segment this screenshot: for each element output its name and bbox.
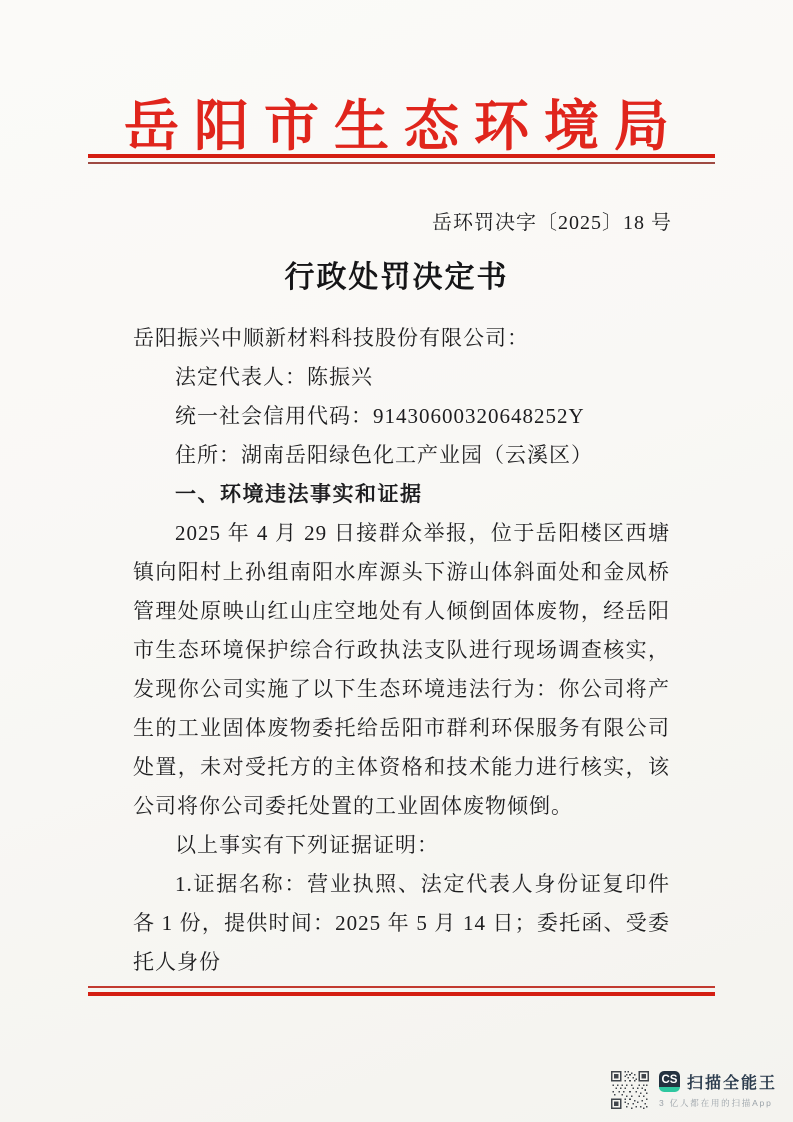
footer-rule <box>88 986 715 996</box>
footer-rule-thick-line <box>88 992 715 996</box>
document-title: 行政处罚决定书 <box>0 252 793 296</box>
scanner-app-tagline: 3 亿人都在用的扫描App <box>659 1097 777 1109</box>
qr-finder-top-left <box>611 1071 622 1082</box>
scanner-watermark: CS 扫描全能王 3 亿人都在用的扫描App <box>611 1070 777 1109</box>
evidence-intro-line: 以上事实有下列证据证明： <box>133 826 670 865</box>
qr-finder-bottom-left <box>611 1098 622 1109</box>
doc-number: 岳环罚决字〔2025〕18 号 <box>432 206 672 235</box>
address-line: 住所：湖南岳阳绿色化工产业园（云溪区） <box>133 436 670 475</box>
section-heading: 一、环境违法事实和证据 <box>133 475 670 514</box>
evidence-item-paragraph: 1.证据名称：营业执照、法定代表人身份证复印件各 1 份，提供时间：2025 年… <box>133 865 670 982</box>
qr-code-icon <box>611 1071 649 1109</box>
header-rule-thin-line <box>88 162 715 164</box>
scanner-app-name: 扫描全能王 <box>687 1070 777 1093</box>
scanned-document-page: 岳阳市生态环境局 岳环罚决字〔2025〕18 号 行政处罚决定书 岳阳振兴中顺新… <box>0 0 793 1122</box>
legal-representative-line: 法定代表人：陈振兴 <box>133 358 670 397</box>
camscanner-logo-icon: CS <box>659 1071 680 1092</box>
agency-name: 岳阳市生态环境局 <box>0 82 793 161</box>
qr-finder-top-right <box>638 1071 649 1082</box>
header-rule <box>88 154 715 164</box>
credit-code-line: 统一社会信用代码：91430600320648252Y <box>133 397 670 436</box>
scanner-watermark-text: CS 扫描全能王 3 亿人都在用的扫描App <box>659 1070 777 1109</box>
facts-paragraph: 2025 年 4 月 29 日接群众举报，位于岳阳楼区西塘镇向阳村上孙组南阳水库… <box>133 514 670 826</box>
recipient-line: 岳阳振兴中顺新材料科技股份有限公司： <box>133 319 670 358</box>
document-body: 岳阳振兴中顺新材料科技股份有限公司： 法定代表人：陈振兴 统一社会信用代码：91… <box>133 319 670 982</box>
